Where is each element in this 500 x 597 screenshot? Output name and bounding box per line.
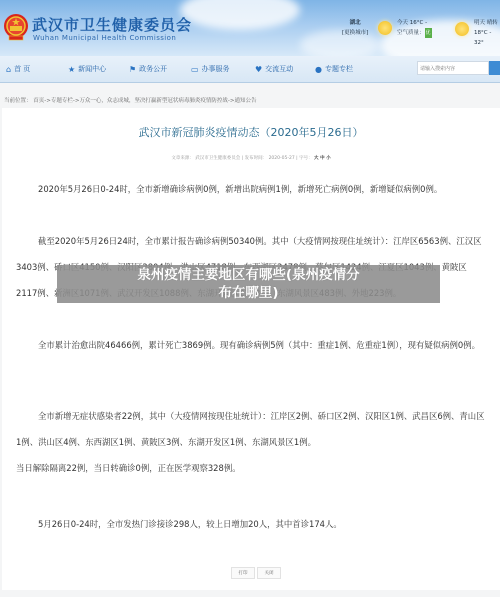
article-meta: 文章来源： 武汉市卫生健康委员会 | 发布时间： 2020-05-27 | 字号… [2, 155, 500, 161]
tomorrow-weather: 明天 晴转 18°C - 32° [474, 18, 500, 48]
monitor-icon: ▭ [191, 65, 199, 74]
nav-label: 专题专栏 [325, 64, 353, 74]
nav-item-home[interactable]: ⌂首 页 [6, 64, 30, 74]
star-icon: ★ [68, 65, 75, 74]
paragraph: 5月26日0-24时，全市发热门诊接诊298人，较上日增加20人，其中首诊174… [16, 511, 486, 537]
nav-label: 新闻中心 [78, 64, 106, 74]
search-button[interactable] [489, 61, 500, 75]
today-temp: 今天 16°C - [397, 18, 432, 28]
chat-icon: ● [315, 65, 322, 74]
article-panel: 武汉市新冠肺炎疫情动态（2020年5月26日） 文章来源： 武汉市卫生健康委员会… [2, 108, 500, 590]
change-city-link[interactable]: [更换城市] [342, 28, 368, 38]
breadcrumb: 当前位置： 首页->专题专栏->万众一心，众志成城，坚决打赢新型冠状病毒肺炎疫情… [4, 96, 257, 104]
tomorrow-temp: 18°C - 32° [474, 28, 500, 48]
close-button[interactable]: 关闭 [257, 567, 281, 579]
nav-item-gov-affairs[interactable]: ⚑政务公开 [129, 64, 167, 74]
nav-label: 政务公开 [139, 64, 167, 74]
article-actions: 打印 关闭 [231, 567, 281, 579]
paragraph: 当日解除隔离22例，当日转确诊0例，正在医学观察328例。 [16, 455, 486, 481]
site-subtitle: Wuhan Municipal Health Commission [33, 34, 176, 42]
font-size-options[interactable]: 大 中 小 [314, 156, 331, 161]
nav-label: 办事服务 [202, 64, 230, 74]
overlay-line-2: 布在哪里) [57, 284, 440, 302]
nav-item-news[interactable]: ★新闻中心 [68, 64, 106, 74]
tomorrow-forecast: 明天 晴转 [474, 18, 500, 28]
air-quality-label: 空气质量： [397, 30, 425, 36]
location-widget: 湖北 [更换城市] [342, 18, 368, 38]
sun-icon [455, 22, 469, 36]
home-icon: ⌂ [6, 65, 11, 74]
search-input[interactable]: 请输入搜索内容 [417, 61, 489, 75]
nav-label: 首 页 [14, 64, 30, 74]
today-weather: 今天 16°C - 空气质量：优 [397, 18, 432, 38]
heart-icon: ♥ [255, 65, 262, 74]
paragraph: 全市新增无症状感染者22例，其中（大疫情网按现住址统计）：江岸区2例、硚口区2例… [16, 403, 486, 455]
title-overlay-banner: 泉州疫情主要地区有哪些(泉州疫情分 布在哪里) [57, 265, 440, 303]
article-source: 文章来源： 武汉市卫生健康委员会 | 发布时间： 2020-05-27 | 字号… [171, 156, 312, 161]
article-title: 武汉市新冠肺炎疫情动态（2020年5月26日） [2, 124, 500, 140]
location-name: 湖北 [342, 18, 368, 28]
national-emblem-icon [3, 12, 29, 42]
nav-label: 交流互动 [265, 64, 293, 74]
flag-icon: ⚑ [129, 65, 136, 74]
paragraph: 全市累计治愈出院46466例，累计死亡3869例。现有确诊病例5例（其中：重症1… [16, 332, 486, 358]
paragraph: 2020年5月26日0-24时，全市新增确诊病例0例，新增出院病例1例，新增死亡… [16, 176, 486, 202]
sun-icon [378, 21, 392, 35]
site-title: 武汉市卫生健康委员会 [32, 14, 192, 35]
site-header: 武汉市卫生健康委员会 Wuhan Municipal Health Commis… [0, 0, 500, 56]
nav-item-topics[interactable]: ●专题专栏 [315, 64, 353, 74]
print-button[interactable]: 打印 [231, 567, 255, 579]
overlay-line-1: 泉州疫情主要地区有哪些(泉州疫情分 [57, 266, 440, 284]
nav-item-interaction[interactable]: ♥交流互动 [255, 64, 293, 74]
air-quality-badge: 优 [425, 28, 432, 38]
nav-item-services[interactable]: ▭办事服务 [191, 64, 230, 74]
